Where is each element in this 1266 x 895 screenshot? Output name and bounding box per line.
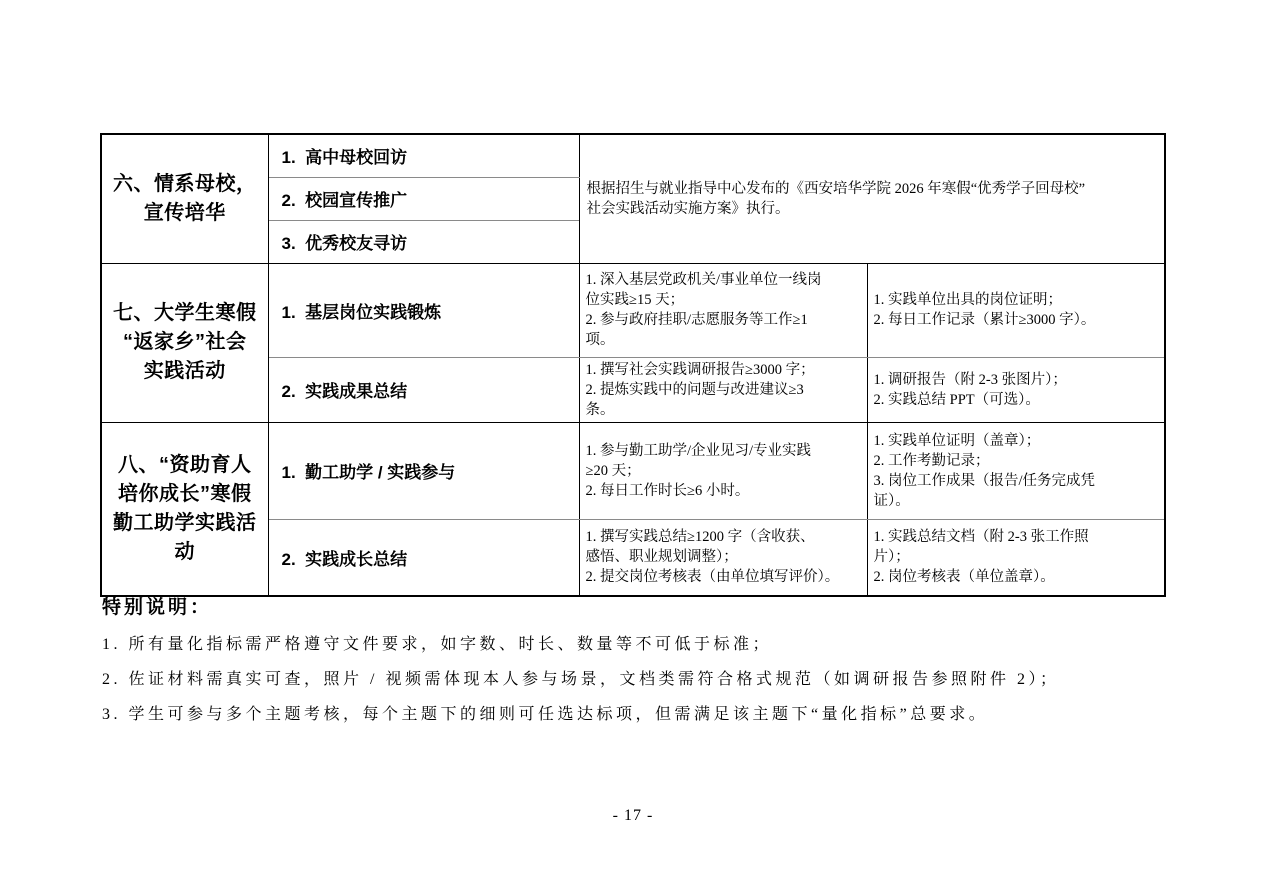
sub-item-cell: 2. 实践成长总结 xyxy=(268,519,579,596)
sub-item-cell: 3. 优秀校友寻访 xyxy=(268,220,579,263)
theme-cell-section-7: 七、大学生寒假 “返家乡”社会 实践活动 xyxy=(101,263,268,422)
special-note-item: 1. 所有量化指标需严格遵守文件要求，如字数、时长、数量等不可低于标准； xyxy=(102,635,1182,655)
quantitative-indicators-cell: 1. 撰写社会实践调研报告≥3000 字； 2. 提炼实践中的问题与改进建议≥3… xyxy=(579,357,867,422)
table-row: 六、情系母校， 宣传培华 1. 高中母校回访 根据招生与就业指导中心发布的《西安… xyxy=(101,134,1165,177)
page-number: - 17 - xyxy=(0,807,1266,825)
sub-item-cell: 2. 校园宣传推广 xyxy=(268,177,579,220)
special-notes: 特别说明： 1. 所有量化指标需严格遵守文件要求，如字数、时长、数量等不可低于标… xyxy=(102,592,1182,740)
theme-cell-section-6: 六、情系母校， 宣传培华 xyxy=(101,134,268,263)
sub-item-cell: 1. 高中母校回访 xyxy=(268,134,579,177)
policy-note-cell: 根据招生与就业指导中心发布的《西安培华学院 2026 年寒假“优秀学子回母校” … xyxy=(579,134,1165,263)
assessment-table: 六、情系母校， 宣传培华 1. 高中母校回访 根据招生与就业指导中心发布的《西安… xyxy=(100,133,1166,597)
special-notes-heading: 特别说明： xyxy=(102,592,1182,619)
quantitative-indicators-cell: 1. 参与勤工助学/企业见习/专业实践 ≥20 天； 2. 每日工作时长≥6 小… xyxy=(579,422,867,519)
table-row: 八、“资助育人 培你成长”寒假 勤工助学实践活 动 1. 勤工助学 / 实践参与… xyxy=(101,422,1165,519)
sub-item-cell: 2. 实践成果总结 xyxy=(268,357,579,422)
proof-materials-cell: 1. 实践单位出具的岗位证明； 2. 每日工作记录（累计≥3000 字）。 xyxy=(867,263,1165,357)
sub-item-cell: 1. 基层岗位实践锻炼 xyxy=(268,263,579,357)
proof-materials-cell: 1. 实践单位证明（盖章）； 2. 工作考勤记录； 3. 岗位工作成果（报告/任… xyxy=(867,422,1165,519)
proof-materials-cell: 1. 调研报告（附 2-3 张图片）； 2. 实践总结 PPT（可选）。 xyxy=(867,357,1165,422)
table-row: 七、大学生寒假 “返家乡”社会 实践活动 1. 基层岗位实践锻炼 1. 深入基层… xyxy=(101,263,1165,357)
sub-item-cell: 1. 勤工助学 / 实践参与 xyxy=(268,422,579,519)
document-page: 六、情系母校， 宣传培华 1. 高中母校回访 根据招生与就业指导中心发布的《西安… xyxy=(0,0,1266,895)
special-note-item: 2. 佐证材料需真实可查，照片 / 视频需体现本人参与场景，文档类需符合格式规范… xyxy=(102,670,1182,690)
proof-materials-cell: 1. 实践总结文档（附 2-3 张工作照 片）； 2. 岗位考核表（单位盖章）。 xyxy=(867,519,1165,596)
special-note-item: 3. 学生可参与多个主题考核，每个主题下的细则可任选达标项，但需满足该主题下“量… xyxy=(102,705,1182,725)
theme-cell-section-8: 八、“资助育人 培你成长”寒假 勤工助学实践活 动 xyxy=(101,422,268,596)
quantitative-indicators-cell: 1. 撰写实践总结≥1200 字（含收获、 感悟、职业规划调整）； 2. 提交岗… xyxy=(579,519,867,596)
quantitative-indicators-cell: 1. 深入基层党政机关/事业单位一线岗 位实践≥15 天； 2. 参与政府挂职/… xyxy=(579,263,867,357)
